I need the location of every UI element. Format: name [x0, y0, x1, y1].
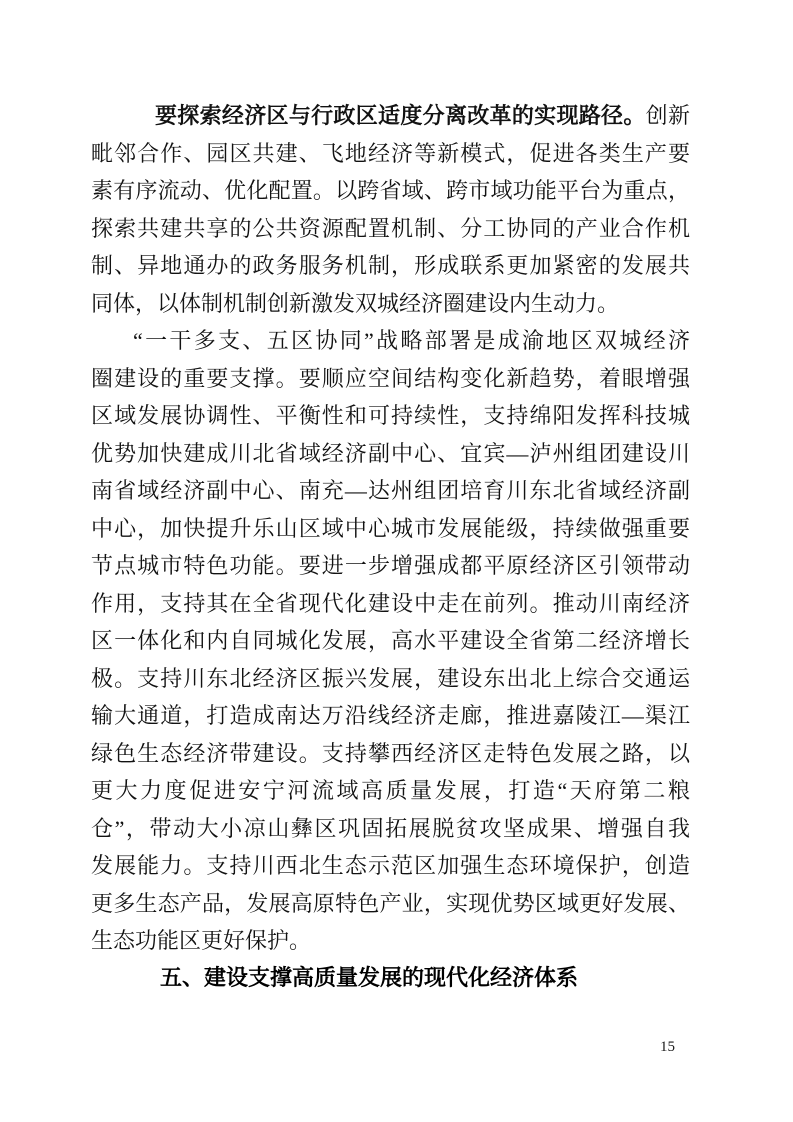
page-number: 15 [660, 1039, 675, 1056]
text-line: 仓”，带动大小凉山彝区巩固拓展脱贫攻坚成果、增强自我 [91, 810, 690, 848]
text-line: 更多生态产品，发展高原特色产业，实现优势区域更好发展、 [91, 885, 690, 923]
text-line: 区域发展协调性、平衡性和可持续性，支持绵阳发挥科技城 [91, 397, 690, 435]
text-line: 制、异地通办的政务服务机制，形成联系更加紧密的发展共 [91, 247, 690, 285]
text-line: 南省域经济副中心、南充—达州组团培育川东北省域经济副 [91, 472, 690, 510]
text-line: 作用，支持其在全省现代化建设中走在前列。推动川南经济 [91, 585, 690, 623]
text-line: 优势加快建成川北省域经济副中心、宜宾—泸州组团建设川 [91, 435, 690, 473]
text-line: 圈建设的重要支撑。要顺应空间结构变化新趋势，着眼增强 [91, 360, 690, 398]
text-line: 绿色生态经济带建设。支持攀西经济区走特色发展之路，以 [91, 735, 690, 773]
text-line: 生态功能区更好保护。 [91, 922, 690, 960]
text-line: 发展能力。支持川西北生态示范区加强生态环境保护，创造 [91, 847, 690, 885]
text-line: 素有序流动、优化配置。以跨省域、跨市域功能平台为重点， [91, 172, 690, 210]
bold-lead-sentence: 要探索经济区与行政区适度分离改革的实现路径。 [155, 103, 646, 128]
text-line: 输大通道，打造成南达万沿线经济走廊，推进嘉陵江—渠江 [91, 697, 690, 735]
paragraph-first-line: “一干多支、五区协同”战略部署是成渝地区双城经济 [91, 322, 690, 360]
text-line: 探索共建共享的公共资源配置机制、分工协同的产业合作机 [91, 210, 690, 248]
text-line: 区一体化和内自同城化发展，高水平建设全省第二经济增长 [91, 622, 690, 660]
document-body: 要探索经济区与行政区适度分离改革的实现路径。创新 毗邻合作、园区共建、飞地经济等… [91, 97, 690, 995]
text-line: 中心，加快提升乐山区域中心城市发展能级，持续做强重要 [91, 510, 690, 548]
document-page: 要探索经济区与行政区适度分离改革的实现路径。创新 毗邻合作、园区共建、飞地经济等… [0, 0, 793, 1122]
paragraph-first-line: 要探索经济区与行政区适度分离改革的实现路径。创新 [91, 97, 690, 135]
lead-rest-text: 创新 [646, 103, 690, 128]
text-line: 同体，以体制机制创新激发双城经济圈建设内生动力。 [91, 285, 690, 323]
text-line: 更大力度促进安宁河流域高质量发展，打造“天府第二粮 [91, 772, 690, 810]
text-line: 毗邻合作、园区共建、飞地经济等新模式，促进各类生产要 [91, 135, 690, 173]
text-line: 节点城市特色功能。要进一步增强成都平原经济区引领带动 [91, 547, 690, 585]
section-heading: 五、建设支撑高质量发展的现代化经济体系 [91, 961, 690, 995]
text-line: 极。支持川东北经济区振兴发展，建设东出北上综合交通运 [91, 660, 690, 698]
